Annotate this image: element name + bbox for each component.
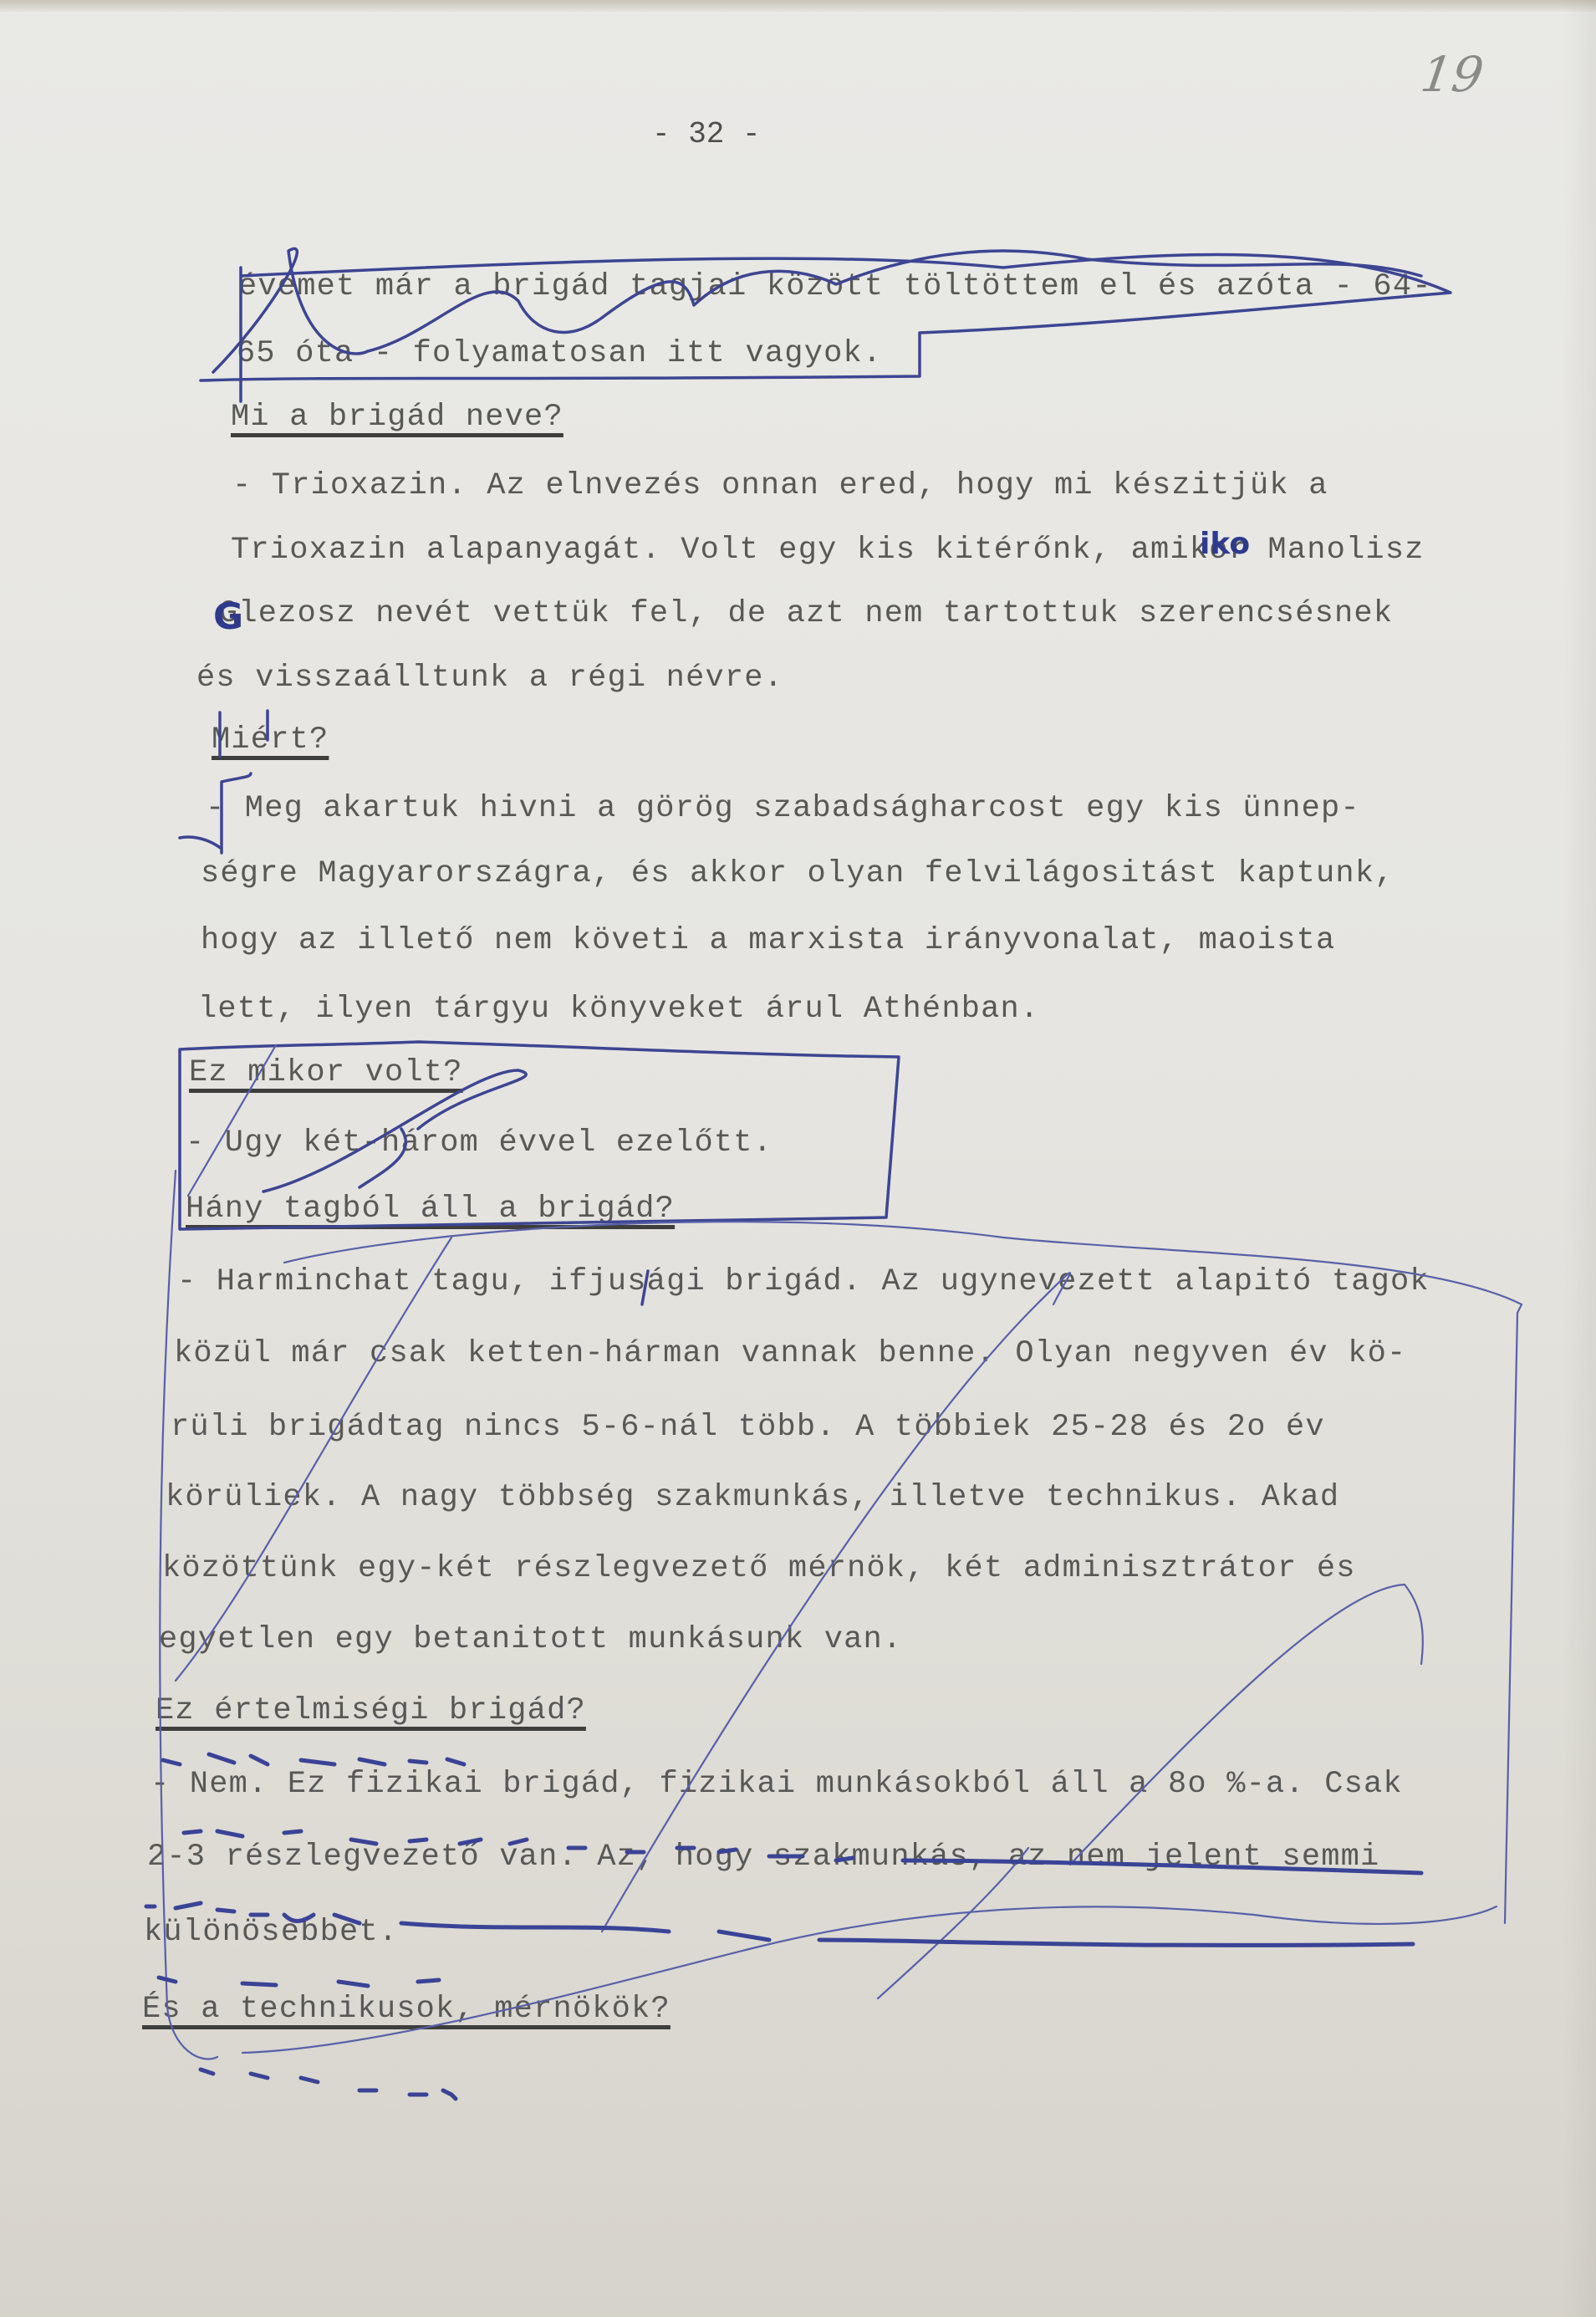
page-top-edge [0, 0, 1596, 12]
deletion-arc-adminisztrator [1070, 1585, 1423, 1865]
page-number: - 32 - [652, 117, 761, 151]
question-line: Mi a brigád neve? [231, 400, 563, 435]
text-line: - Ugy két-három évvel ezelőtt. [186, 1125, 773, 1161]
dashed-underline [201, 2069, 456, 2099]
dashed-underline [163, 1754, 464, 1764]
text-line: évemet már a brigád tagjai között töltöt… [238, 269, 1432, 304]
text-line: rüli brigádtag nincs 5-6-nál több. A töb… [171, 1410, 1325, 1445]
text-line: különösebbet. [144, 1915, 398, 1950]
text-line: - Meg akartuk hivni a görög szabadsághar… [206, 791, 1360, 826]
text-line: 65 óta - folyamatosan itt vagyok. [237, 336, 882, 371]
text-line: - Nem. Ez fizikai brigád, fizikai munkás… [150, 1767, 1403, 1802]
text-line: lett, ilyen tárgyu könyveket árul Athénb… [198, 992, 1039, 1027]
page-right-shadow [1563, 0, 1596, 2317]
question-line: Ez mikor volt? [189, 1055, 463, 1090]
question-line: És a technikusok, mérnökök? [142, 1992, 671, 2027]
text-line: Glezosz nevét vettük fel, de azt nem tar… [219, 596, 1393, 631]
question-line: Miért? [212, 722, 329, 758]
dashed-underline [159, 1978, 439, 1986]
text-line: hogy az illető nem követi a marxista irá… [201, 923, 1335, 958]
pen-insertion-iko: iko [1200, 527, 1250, 561]
text-line: közül már csak ketten-hárman vannak benn… [174, 1336, 1406, 1371]
deletion-diagonal-members [602, 1273, 1070, 1932]
handwritten-folio-number: 19 [1417, 46, 1486, 103]
text-line: - Harminchat tagu, ifjusági brigád. Az u… [177, 1264, 1430, 1299]
text-line: közöttünk egy-két részlegvezető mérnök, … [162, 1551, 1356, 1586]
text-line: és visszaálltunk a régi névre. [196, 661, 783, 696]
question-line: Hány tagból áll a brigád? [186, 1192, 675, 1227]
text-line: 2-3 részlegvezető van. Az, hogy szakmunk… [147, 1840, 1379, 1875]
text-line: - Trioxazin. Az elnvezés onnan ered, hog… [232, 468, 1328, 503]
text-line: körüliek. A nagy többség szakmunkás, ill… [166, 1480, 1339, 1515]
deletion-curve-bottom [242, 1906, 1497, 2053]
text-line: egyetlen egy betanitott munkásunk van. [159, 1622, 902, 1657]
pen-correction-g: G [213, 595, 243, 638]
deletion-diagonal-members-2 [176, 1238, 451, 1681]
question-line: Ez értelmiségi brigád? [156, 1693, 586, 1728]
text-line: ségre Magyarországra, és akkor olyan fel… [201, 856, 1395, 891]
